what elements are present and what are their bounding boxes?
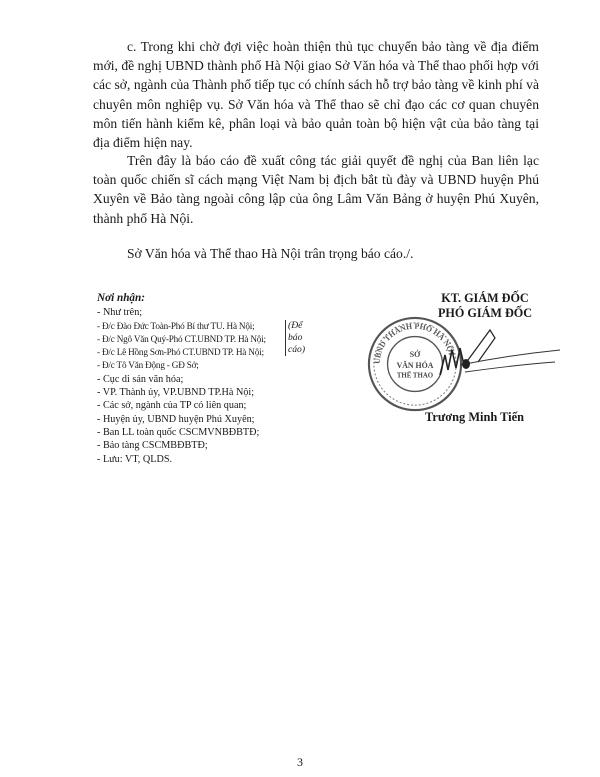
recipient-item: - Huyện ủy, UBND huyện Phú Xuyên; [97,413,327,426]
recipient-item: - Cục di sản văn hóa; [97,373,327,386]
recipients-title: Nơi nhận: [97,292,327,305]
recipient-item: - Ban LL toàn quốc CSCMVNBĐBTĐ; [97,426,327,439]
document-page: c. Trong khi chờ đợi việc hoàn thiện thủ… [0,0,600,777]
signature-block: KT. GIÁM ĐỐC PHÓ GIÁM ĐỐC [400,291,570,321]
bracket-note-line: cáo) [288,344,308,356]
recipient-item: - Bảo tàng CSCMBĐBTĐ; [97,439,327,452]
bracket-note-line: báo [288,332,308,344]
recipient-item: - Như trên; [97,306,327,319]
recipient-item: - Đ/c Tô Văn Động - GĐ Sở; [97,359,327,372]
signer-name: Trương Minh Tiến [425,410,524,425]
bracket-note: (Để báo cáo) [285,320,308,356]
page-number: 3 [0,755,600,770]
paragraph-c: c. Trong khi chờ đợi việc hoàn thiện thủ… [93,37,539,152]
recipient-item: - Lưu: VT, QLDS. [97,453,327,466]
recipient-item: - Các sở, ngành của TP có liên quan; [97,399,327,412]
recipient-item: - VP. Thành ủy, VP.UBND TP.Hà Nội; [97,386,327,399]
paragraph-closing: Sở Văn hóa và Thể thao Hà Nội trân trọng… [93,244,539,263]
signature-position: PHÓ GIÁM ĐỐC [400,306,570,321]
bracket-note-line: (Để [288,320,308,332]
paragraph-summary: Trên đây là báo cáo đề xuất công tác giả… [93,151,539,228]
signature-title: KT. GIÁM ĐỐC [400,291,570,306]
recipients-block: Nơi nhận: - Như trên; - Đ/c Đào Đức Toàn… [97,292,327,466]
handwritten-signature-icon [420,320,570,390]
